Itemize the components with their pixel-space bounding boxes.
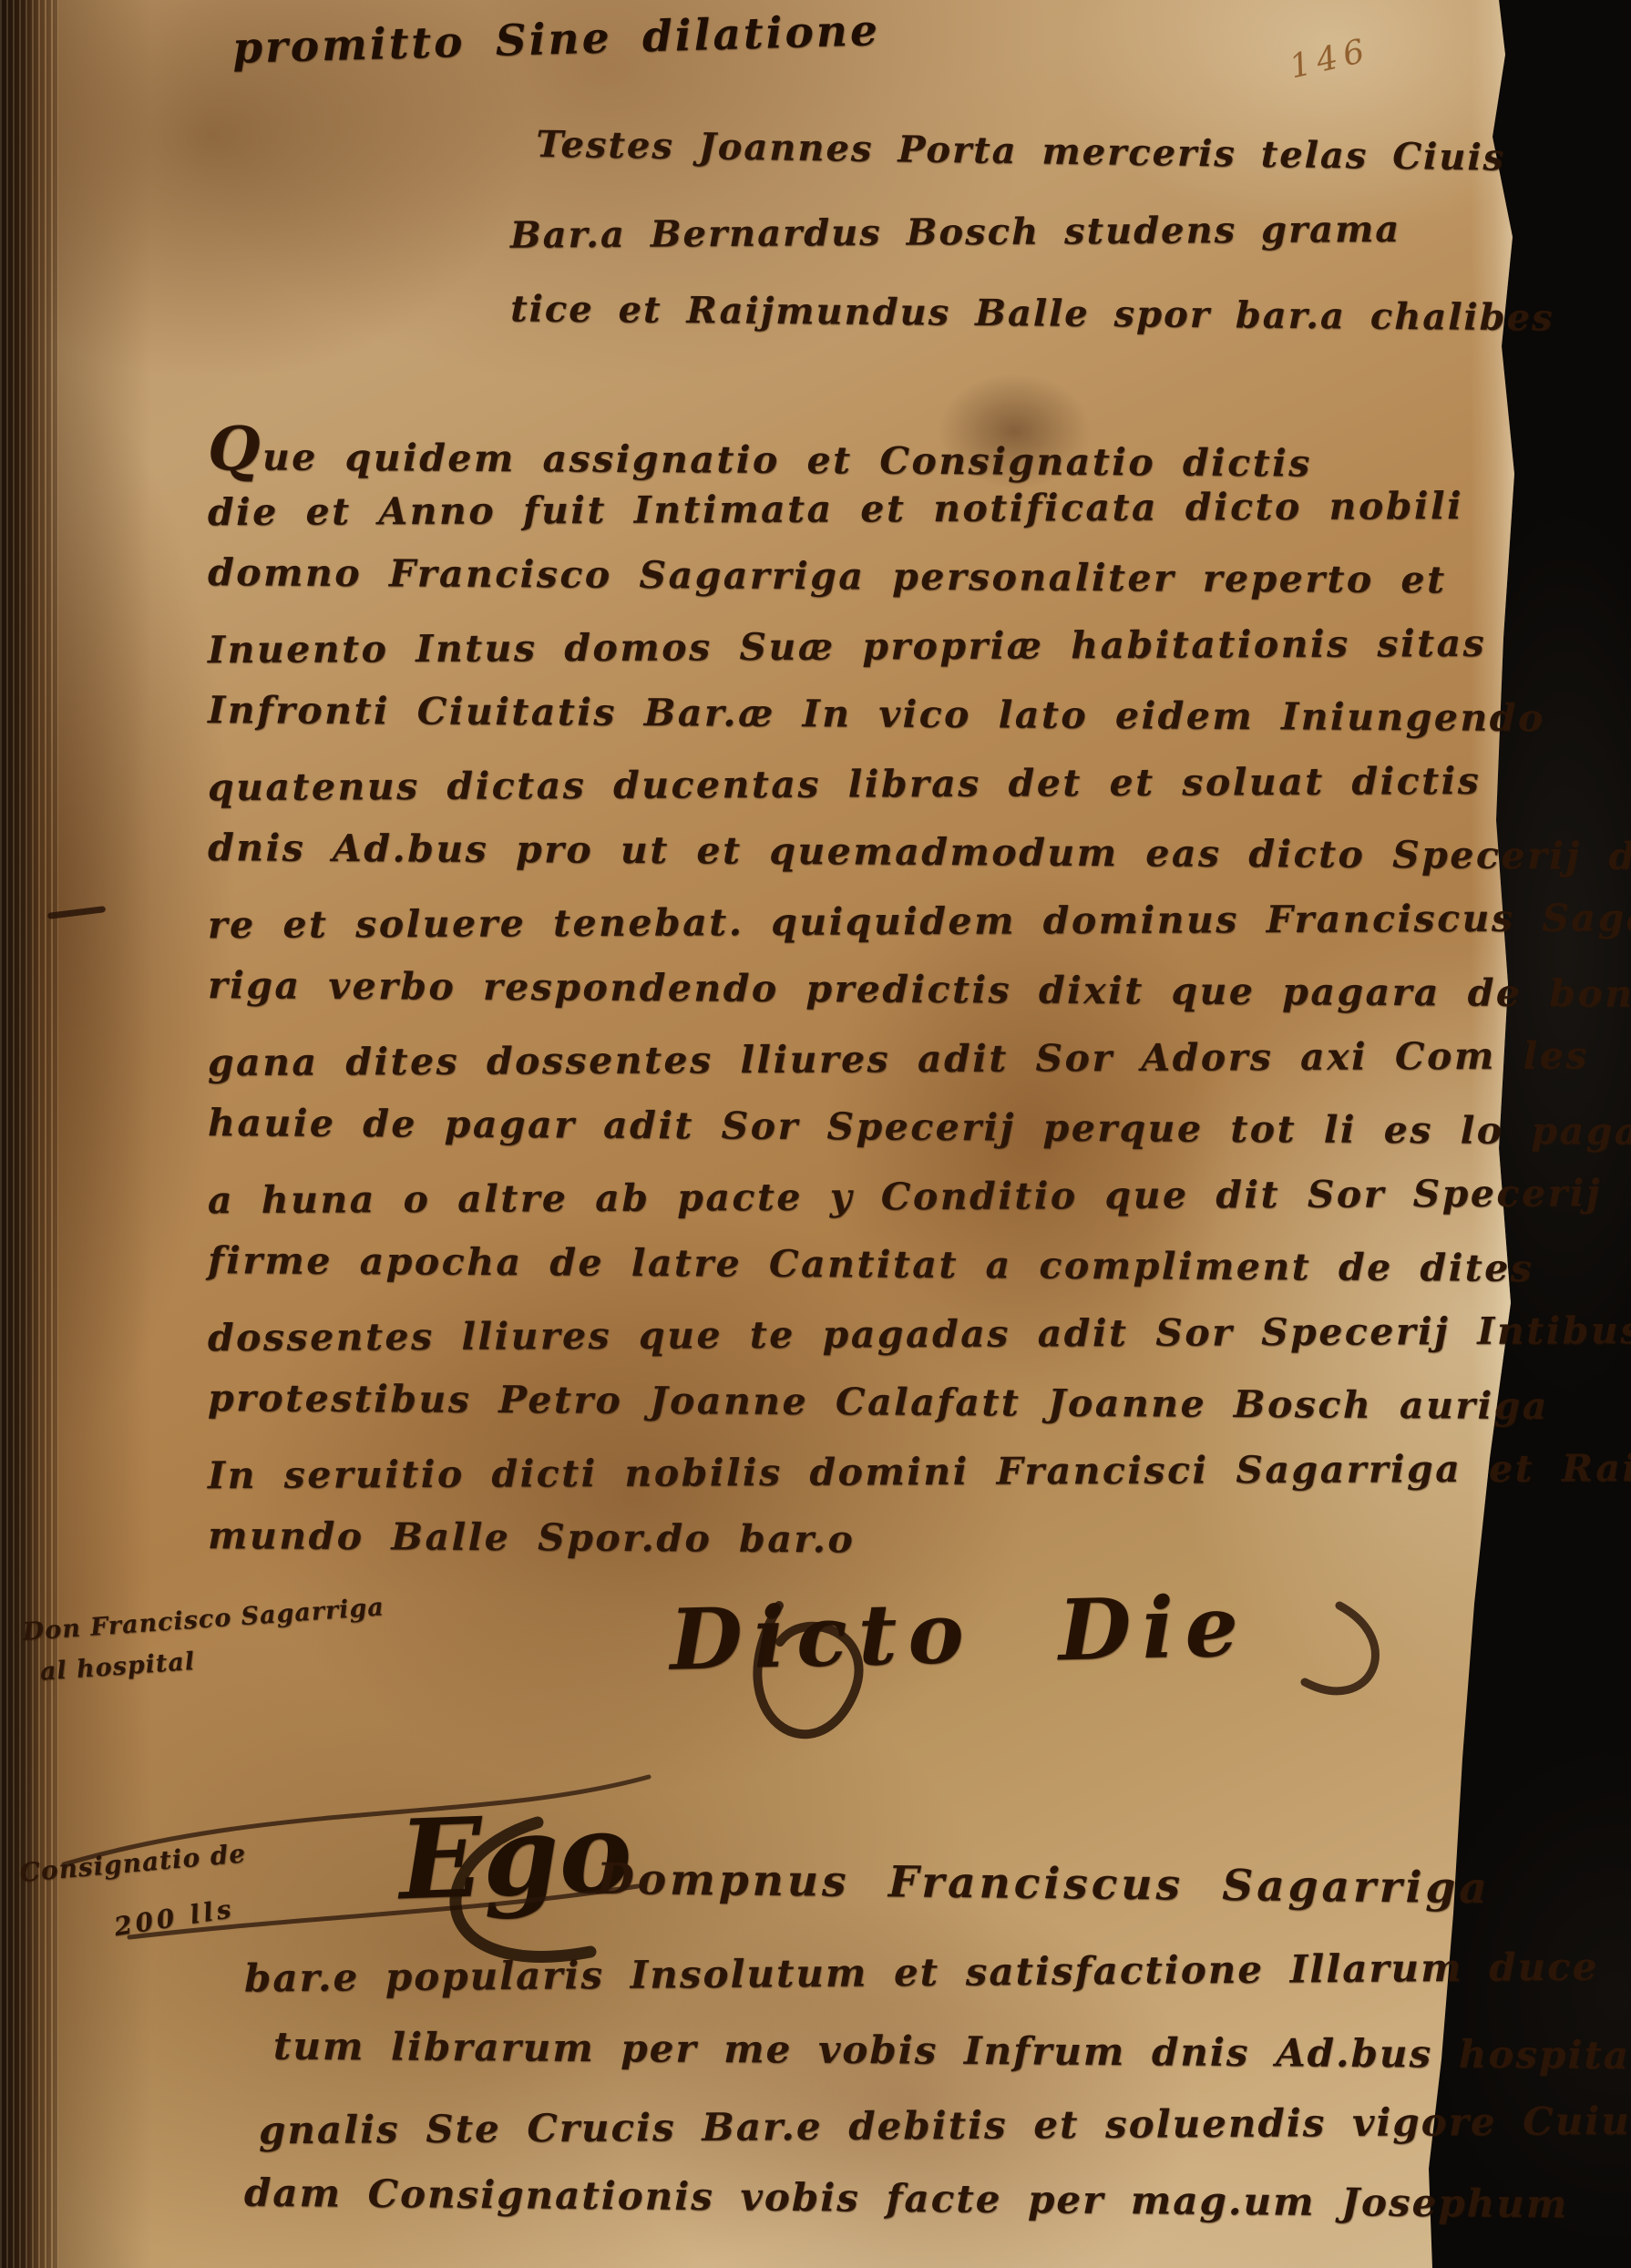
witness-line: Testes Joannes Porta merceris telas Ciui… — [535, 123, 1476, 217]
body-line: die et Anno fuit Intimata et notificata … — [208, 482, 1631, 559]
body-line: hauie de pagar adit Sor Specerij perque … — [208, 1101, 1631, 1178]
body-line: Inuento Intus domos Suæ propriæ habitati… — [208, 620, 1631, 696]
final-line: gnalis Ste Crucis Bar.e debitis et solue… — [259, 2099, 1631, 2153]
body-line: dnis Ad.bus pro ut et quemadmodum eas di… — [208, 826, 1631, 903]
body-line: mundo Balle Spor.do bar.o — [208, 1514, 1631, 1591]
body-line: re et soluere tenebat. quiquidem dominus… — [208, 895, 1631, 971]
body-line: protestibus Petro Joanne Calafatt Joanne… — [208, 1376, 1631, 1453]
witness-line: tice et Raijmundus Balle spor bar.a chal… — [510, 287, 1477, 376]
body-line: riga verbo respondendo predictis dixit q… — [208, 963, 1631, 1041]
body-line: domno Francisco Sagarriga personaliter r… — [208, 550, 1631, 628]
witness-line: Bar.a Bernardus Bosch studens grama — [510, 207, 1477, 294]
body-line: Que quidem assignatio et Consignatio dic… — [208, 413, 1631, 490]
body-line: firme apocha de latre Cantitat a complim… — [208, 1238, 1631, 1316]
body-line: dossentes lliures que te pagadas adit So… — [208, 1308, 1631, 1384]
body-line: In seruitio dicti nobilis domini Francis… — [208, 1445, 1631, 1522]
body-line: Infronti Ciuitatis Bar.æ In vico lato ei… — [208, 688, 1631, 765]
manuscript-scan: promitto Sine dilatione 146 Testes Joann… — [0, 0, 1631, 2268]
body-line: quatenus dictas ducentas libras det et s… — [208, 757, 1631, 834]
witness-block: Testes Joannes Porta merceris telas Ciui… — [510, 129, 1476, 373]
body-line: gana dites dossentes lliures adit Sor Ad… — [208, 1032, 1631, 1109]
body-line: a huna o altre ab pacte y Conditio que d… — [208, 1170, 1631, 1247]
final-line: Dompnus Franciscus Sagarriga — [597, 1854, 1491, 1914]
section-heading-dicto-die: Dicto Die — [669, 1576, 1250, 1689]
main-paragraph: Que quidem assignatio et Consignatio dic… — [208, 417, 1631, 1587]
